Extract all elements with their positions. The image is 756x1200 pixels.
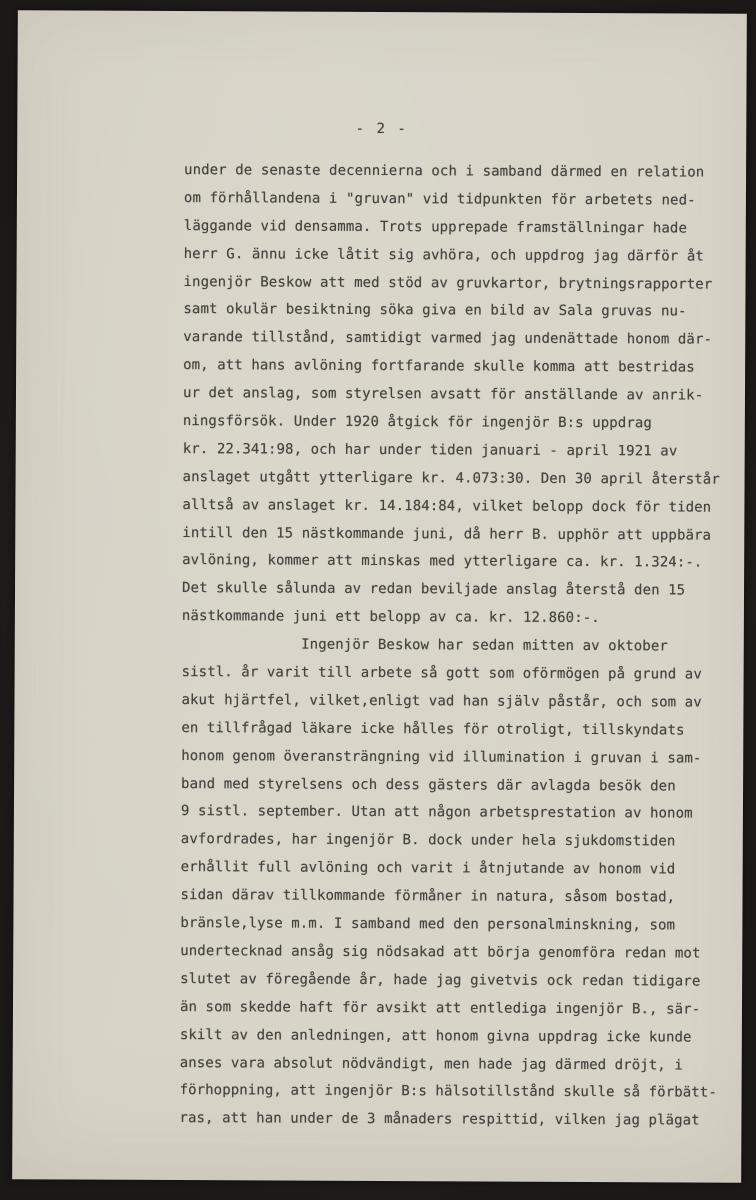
text-line: nästkommande juni ett belopp av ca. kr. … xyxy=(182,603,734,634)
text-line: bränsle,lyse m.m. I samband med den pers… xyxy=(180,910,732,941)
text-line: samt okulär besiktning söka giva en bild… xyxy=(183,296,735,327)
text-line: avlöning, kommer att minskas med ytterli… xyxy=(182,548,734,579)
text-line: om förhållandena i "gruvan" vid tidpunkt… xyxy=(184,185,736,216)
text-line: honom genom överansträngning vid illumin… xyxy=(181,743,733,774)
text-line: sidan därav tillkommande förmåner in nat… xyxy=(180,882,732,913)
text-line: skilt av den anledningen, att honom givn… xyxy=(180,1022,732,1053)
text-line: ras, att han under de 3 månaders respitt… xyxy=(179,1105,731,1136)
text-line: Ingenjör Beskow har sedan mitten av okto… xyxy=(182,631,734,662)
text-line: anslaget utgått ytterligare kr. 4.073:30… xyxy=(183,464,735,495)
text-line: ingenjör Beskow att med stöd av gruvkart… xyxy=(183,269,735,300)
text-line: sistl. år varit till arbete så gott som … xyxy=(182,659,734,690)
text-line: akut hjärtfel, vilket,enligt vad han sjä… xyxy=(181,687,733,718)
text-line: intill den 15 nästkommande juni, då herr… xyxy=(182,520,734,551)
text-line: läggande vid densamma. Trots upprepade f… xyxy=(184,213,736,244)
text-line: en tillfrågad läkare icke hålles för otr… xyxy=(181,715,733,746)
text-line: erhållit full avlöning och varit i åtnju… xyxy=(181,854,733,885)
text-line: band med styrelsens och dess gästers där… xyxy=(181,771,733,802)
text-line: än som skedde haft för avsikt att entled… xyxy=(180,994,732,1025)
text-line: kr. 22.341:98, och har under tiden janua… xyxy=(183,436,735,467)
text-line: avfordrades, har ingenjör B. dock under … xyxy=(181,826,733,857)
text-line: undertecknad ansåg sig nödsakad att börj… xyxy=(180,938,732,969)
text-line: förhoppning, att ingenjör B:s hälsotills… xyxy=(180,1077,732,1108)
text-line: varande tillstånd, samtidigt varmed jag … xyxy=(183,324,735,355)
text-line: ningsförsök. Under 1920 åtgick för ingen… xyxy=(183,408,735,439)
page-number: - 2 - xyxy=(17,119,746,139)
text-line: slutet av föregående år, hade jag givetv… xyxy=(180,966,732,997)
document-body: under de senaste decennierna och i samba… xyxy=(179,157,736,1136)
text-line: alltså av anslaget kr. 14.184:84, vilket… xyxy=(182,492,734,523)
text-line: under de senaste decennierna och i samba… xyxy=(184,157,736,188)
text-line: Det skulle sålunda av redan beviljade an… xyxy=(182,575,734,606)
text-line: ur det anslag, som styrelsen avsatt för … xyxy=(183,380,735,411)
document-page: - 2 - under de senaste decennierna och i… xyxy=(12,10,747,1183)
scan-background: - 2 - under de senaste decennierna och i… xyxy=(0,0,756,1200)
text-line: herr G. ännu icke låtit sig avhöra, och … xyxy=(184,241,736,272)
text-line: anses vara absolut nödvändigt, men hade … xyxy=(180,1050,732,1081)
text-line: 9 sistl. september. Utan att någon arbet… xyxy=(181,799,733,830)
text-line: om, att hans avlöning fortfarande skulle… xyxy=(183,352,735,383)
